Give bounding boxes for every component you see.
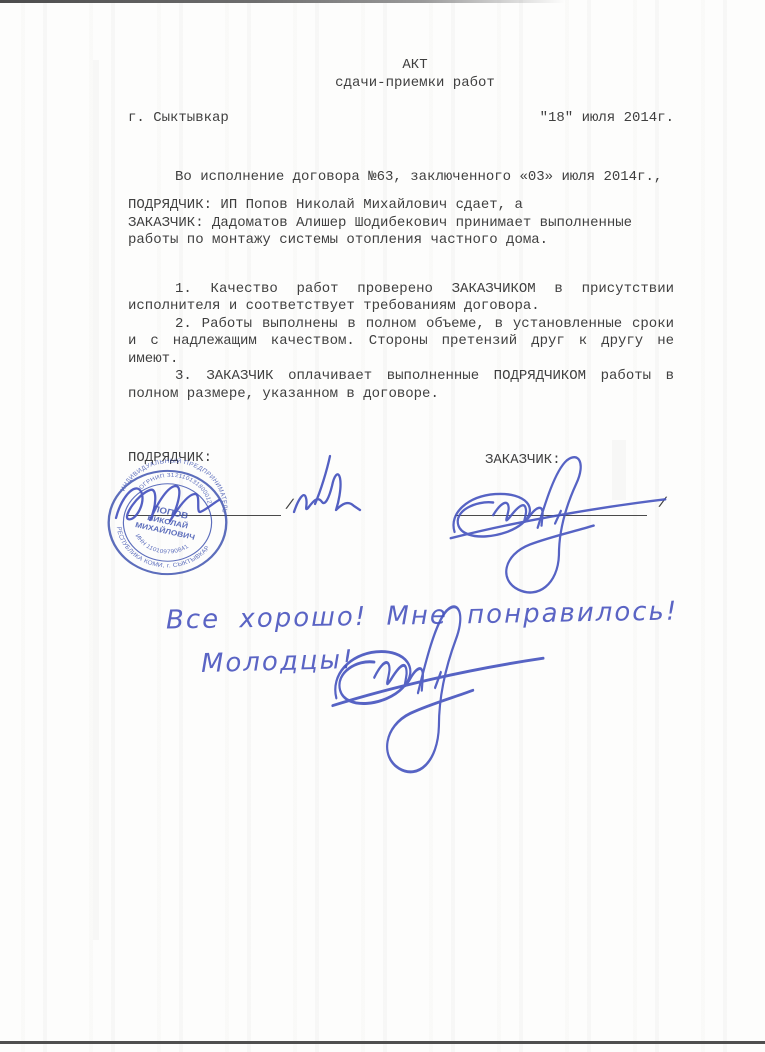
clause-3: 3. ЗАКАЗЧИК оплачивает выполненные ПОДРЯ… [128, 368, 674, 403]
contractor-ink-signature [98, 448, 368, 573]
clause-1: 1. Качество работ проверено ЗАКАЗЧИКОМ в… [128, 281, 674, 316]
scan-edge-bottom [0, 1041, 765, 1044]
clauses-block: 1. Качество работ проверено ЗАКАЗЧИКОМ в… [128, 281, 674, 404]
document-title: АКТ [142, 57, 688, 75]
scanned-document-page: { "doc": { "title": "АКТ", "subtitle": "… [0, 0, 765, 1052]
intro-paragraph: Во исполнение договора №63, заключенного… [128, 169, 674, 187]
customer-ink-signature [441, 450, 673, 618]
customer-line: ЗАКАЗЧИК: Дадоматов Алишер Шодибекович п… [128, 215, 674, 233]
city-label: г. Сыктывкар [128, 110, 229, 128]
scan-edge-top [0, 0, 565, 3]
contractor-line: ПОДРЯДЧИК: ИП Попов Николай Михайлович с… [128, 197, 674, 215]
bottom-ink-signature [323, 598, 551, 803]
clause-2: 2. Работы выполнены в полном объеме, в у… [128, 316, 674, 369]
city-date-row: г. Сыктывкар "18" июля 2014г. [128, 110, 674, 128]
parties-block: ПОДРЯДЧИК: ИП Попов Николай Михайлович с… [128, 197, 674, 250]
works-line: работы по монтажу системы отопления част… [128, 232, 674, 250]
document-subtitle: сдачи-приемки работ [142, 75, 688, 93]
date-label: "18" июля 2014г. [540, 110, 674, 128]
